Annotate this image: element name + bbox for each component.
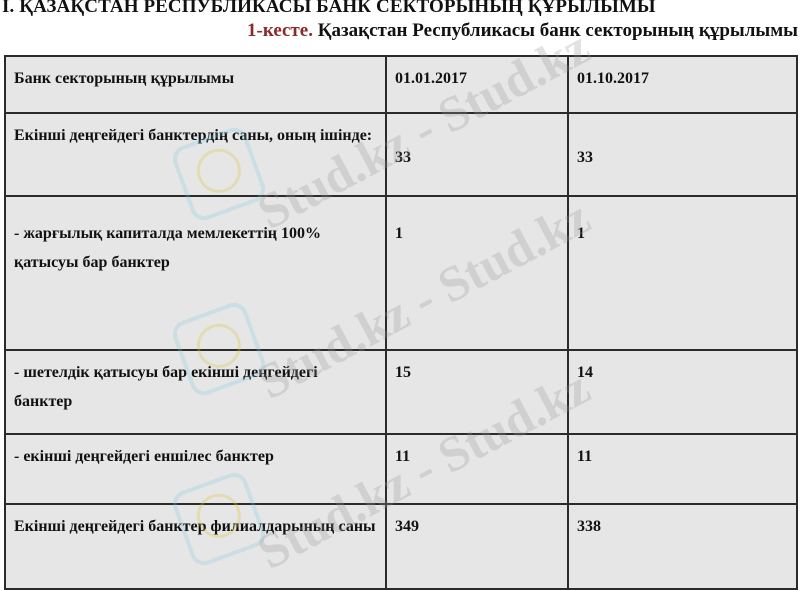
value-cell: 11 [568, 434, 797, 504]
section-heading: I. ҚАЗАҚСТАН РЕСПУБЛИКАСЫ БАНК СЕКТОРЫНЫ… [2, 0, 656, 18]
value-cell: 33 [386, 113, 568, 196]
value-cell: 14 [568, 350, 797, 434]
row-label: - екінші деңгейдегі еншілес банктер [5, 434, 386, 504]
header-cell: 01.01.2017 [386, 56, 568, 113]
row-label: - шетелдік қатысуы бар екінші деңгейдегі… [5, 350, 386, 434]
table-header-row: Банк секторының құрылымы 01.01.2017 01.1… [5, 56, 797, 113]
value-cell: 33 [568, 113, 797, 196]
table-number: 1-кесте. [247, 20, 313, 41]
table-title: Қазақстан Республикасы банк секторының қ… [318, 20, 798, 41]
table-row: Екінші деңгейдегі банктер филиалдарының … [5, 504, 797, 589]
row-label: Екінші деңгейдегі банктердің саны, оның … [5, 113, 386, 196]
value-cell: 1 [386, 196, 568, 350]
value-cell: 11 [386, 434, 568, 504]
table-caption: 1-кесте. Қазақстан Республикасы банк сек… [247, 20, 798, 42]
value-cell: 349 [386, 504, 568, 589]
value-cell: 1 [568, 196, 797, 350]
value-cell: 15 [386, 350, 568, 434]
row-label: - жарғылық капиталда мемлекеттің 100% қа… [5, 196, 386, 350]
header-cell: 01.10.2017 [568, 56, 797, 113]
bank-structure-table: Банк секторының құрылымы 01.01.2017 01.1… [4, 55, 798, 590]
table-row: - екінші деңгейдегі еншілес банктер 11 1… [5, 434, 797, 504]
table-row: - жарғылық капиталда мемлекеттің 100% қа… [5, 196, 797, 350]
row-label: Екінші деңгейдегі банктер филиалдарының … [5, 504, 386, 589]
table-row: Екінші деңгейдегі банктердің саны, оның … [5, 113, 797, 196]
value-cell: 338 [568, 504, 797, 589]
header-cell: Банк секторының құрылымы [5, 56, 386, 113]
table-row: - шетелдік қатысуы бар екінші деңгейдегі… [5, 350, 797, 434]
